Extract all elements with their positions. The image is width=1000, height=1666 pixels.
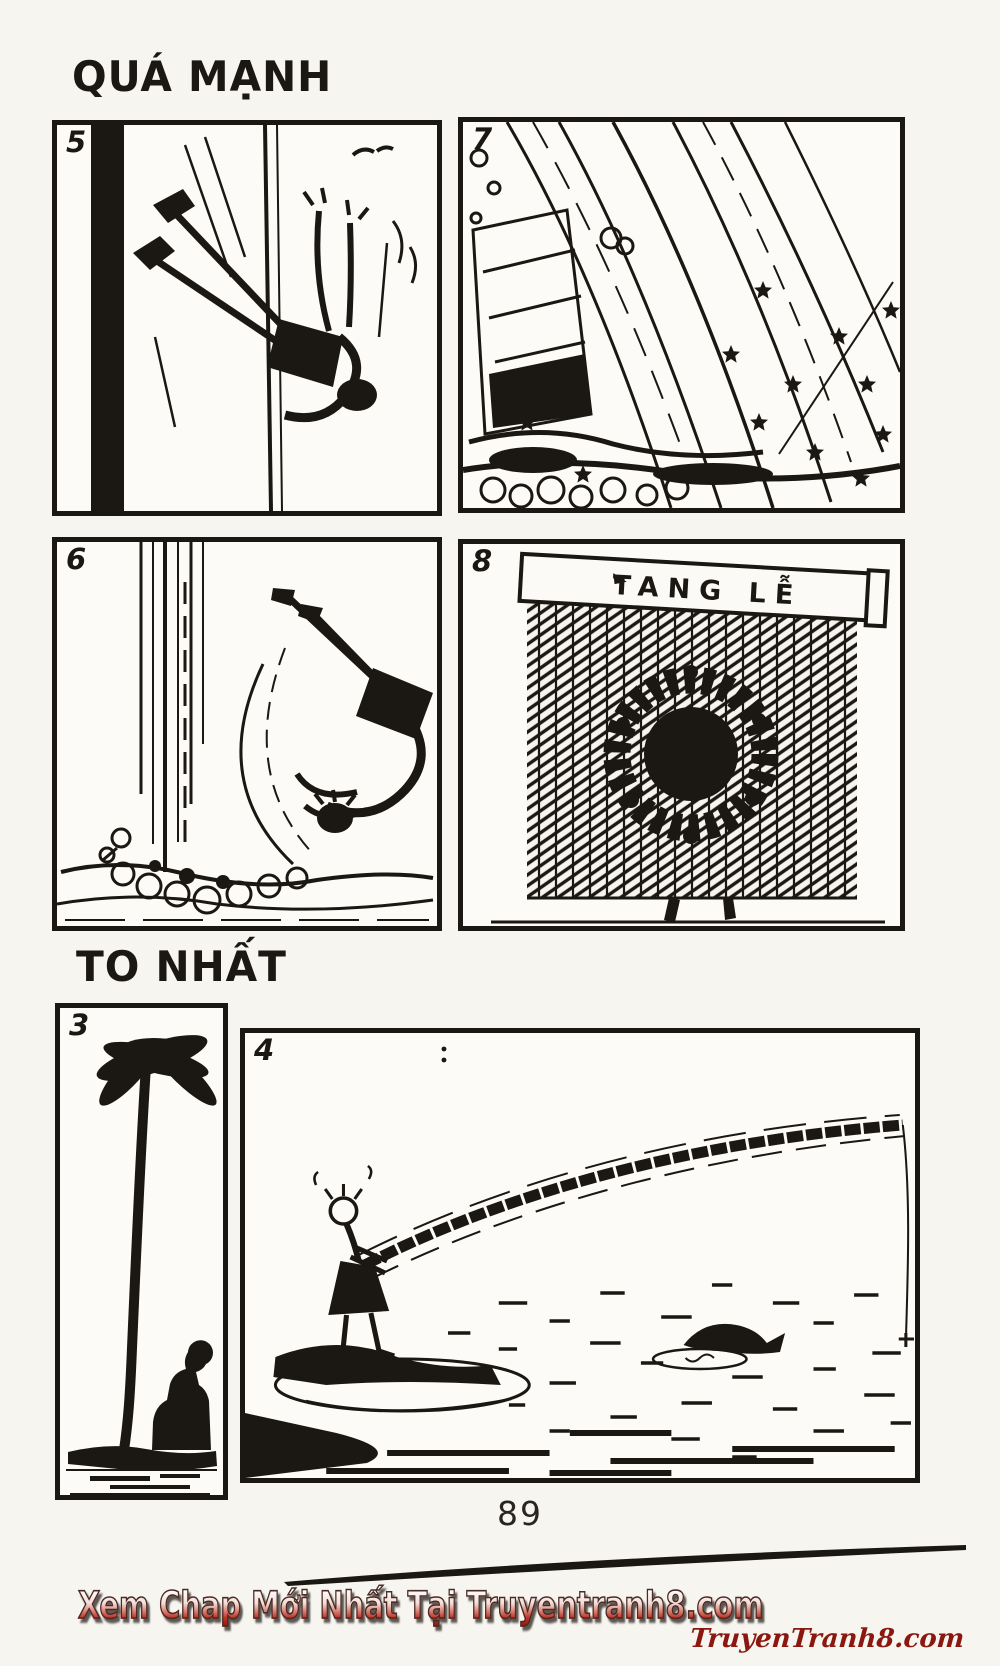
panel-7-number: 7: [472, 125, 492, 154]
panel-7-artwork-splash: [463, 122, 900, 508]
islet-mound: [273, 1345, 500, 1385]
panel-3-artwork-palm-silhouette: [60, 1008, 223, 1495]
fishing-line: [903, 1125, 908, 1341]
panel-4-number: 4: [254, 1036, 274, 1065]
comic-page: QUÁ MẠNH 5 7: [0, 0, 1000, 1666]
page-number: 89: [455, 1494, 585, 1533]
panel-8-artwork-funeral-doorway: TANG LỄ: [463, 544, 900, 926]
panel-3-number: 3: [69, 1011, 89, 1040]
panel-5-number: 5: [66, 128, 86, 157]
panel-8: 8: [458, 539, 905, 931]
panel-6-artwork-diver-splash: [57, 542, 437, 926]
footer-promo-text: Xem Chap Mới Nhất Tại Truyentranh8.com: [78, 1584, 764, 1627]
palm-tree-silhouette: [92, 1026, 223, 1113]
site-watermark: TruyenTranh8.com: [689, 1624, 965, 1654]
panel-3: 3: [55, 1003, 228, 1500]
panel-5: 5: [52, 120, 442, 516]
panel-6: 6: [52, 537, 442, 931]
fisherman-figure: [314, 1166, 394, 1362]
panel-8-number: 8: [472, 547, 492, 576]
section-title-bottom: TO NHẤT: [76, 942, 287, 991]
section-title-top: QUÁ MẠNH: [72, 52, 332, 101]
panel-4-artwork-fisherman: [245, 1033, 915, 1478]
panel-7: 7: [458, 117, 905, 513]
panel-5-artwork-falling-man: [57, 125, 437, 511]
stray-line-artifact: [282, 1540, 970, 1586]
sitting-person-silhouette: [152, 1340, 213, 1450]
jumping-fish: [653, 1324, 785, 1369]
panel-4: 4: [240, 1028, 920, 1483]
panel-6-number: 6: [66, 545, 86, 574]
